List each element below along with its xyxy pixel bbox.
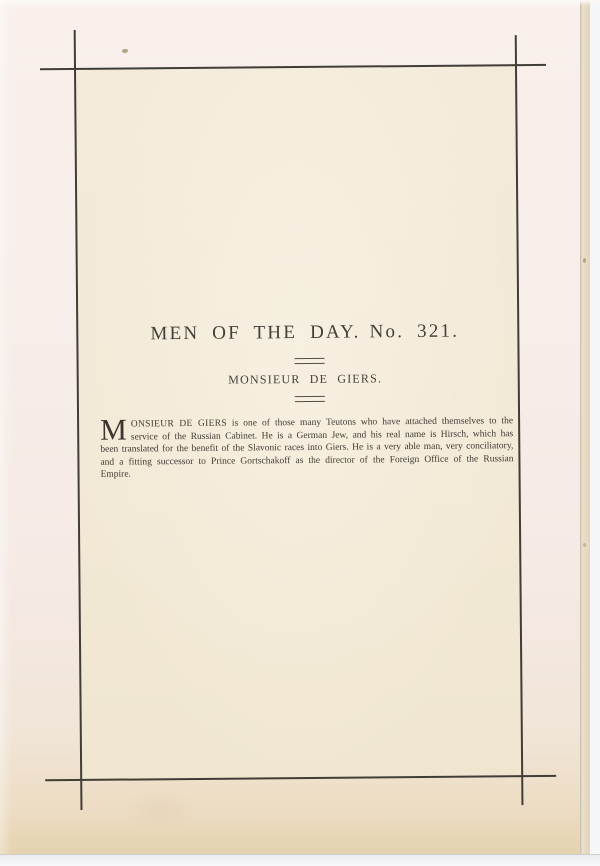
- page-subtitle: MONSIEUR DE GIERS.: [84, 371, 527, 387]
- lead-caps-text: ONSIEUR DE GIERS: [131, 419, 227, 430]
- scanned-page: MEN OF THE DAY.No. 321. MONSIEUR DE GIER…: [0, 0, 600, 866]
- body-paragraph: MONSIEUR DE GIERS is one of those many T…: [100, 415, 514, 481]
- printed-content: MEN OF THE DAY.No. 321. MONSIEUR DE GIER…: [81, 64, 530, 781]
- paper-sheet: MEN OF THE DAY.No. 321. MONSIEUR DE GIER…: [0, 0, 590, 855]
- double-rule-divider-bottom: [294, 396, 324, 402]
- paper-stain: [120, 790, 200, 830]
- drop-cap: M: [100, 419, 127, 443]
- edge-speck: [583, 543, 586, 547]
- issue-number-text: No. 321.: [369, 321, 459, 343]
- page-title: MEN OF THE DAY.No. 321.: [83, 321, 526, 344]
- series-title-text: MEN OF THE DAY.: [150, 322, 360, 345]
- scan-background-bottom: [0, 854, 600, 866]
- scan-background-top: [0, 0, 600, 6]
- foxing-fleck: [122, 49, 128, 53]
- plate-frame: MEN OF THE DAY.No. 321. MONSIEUR DE GIER…: [74, 64, 523, 781]
- edge-speck: [583, 258, 586, 263]
- page-edge-right: [580, 0, 590, 855]
- double-rule-divider-top: [294, 358, 324, 364]
